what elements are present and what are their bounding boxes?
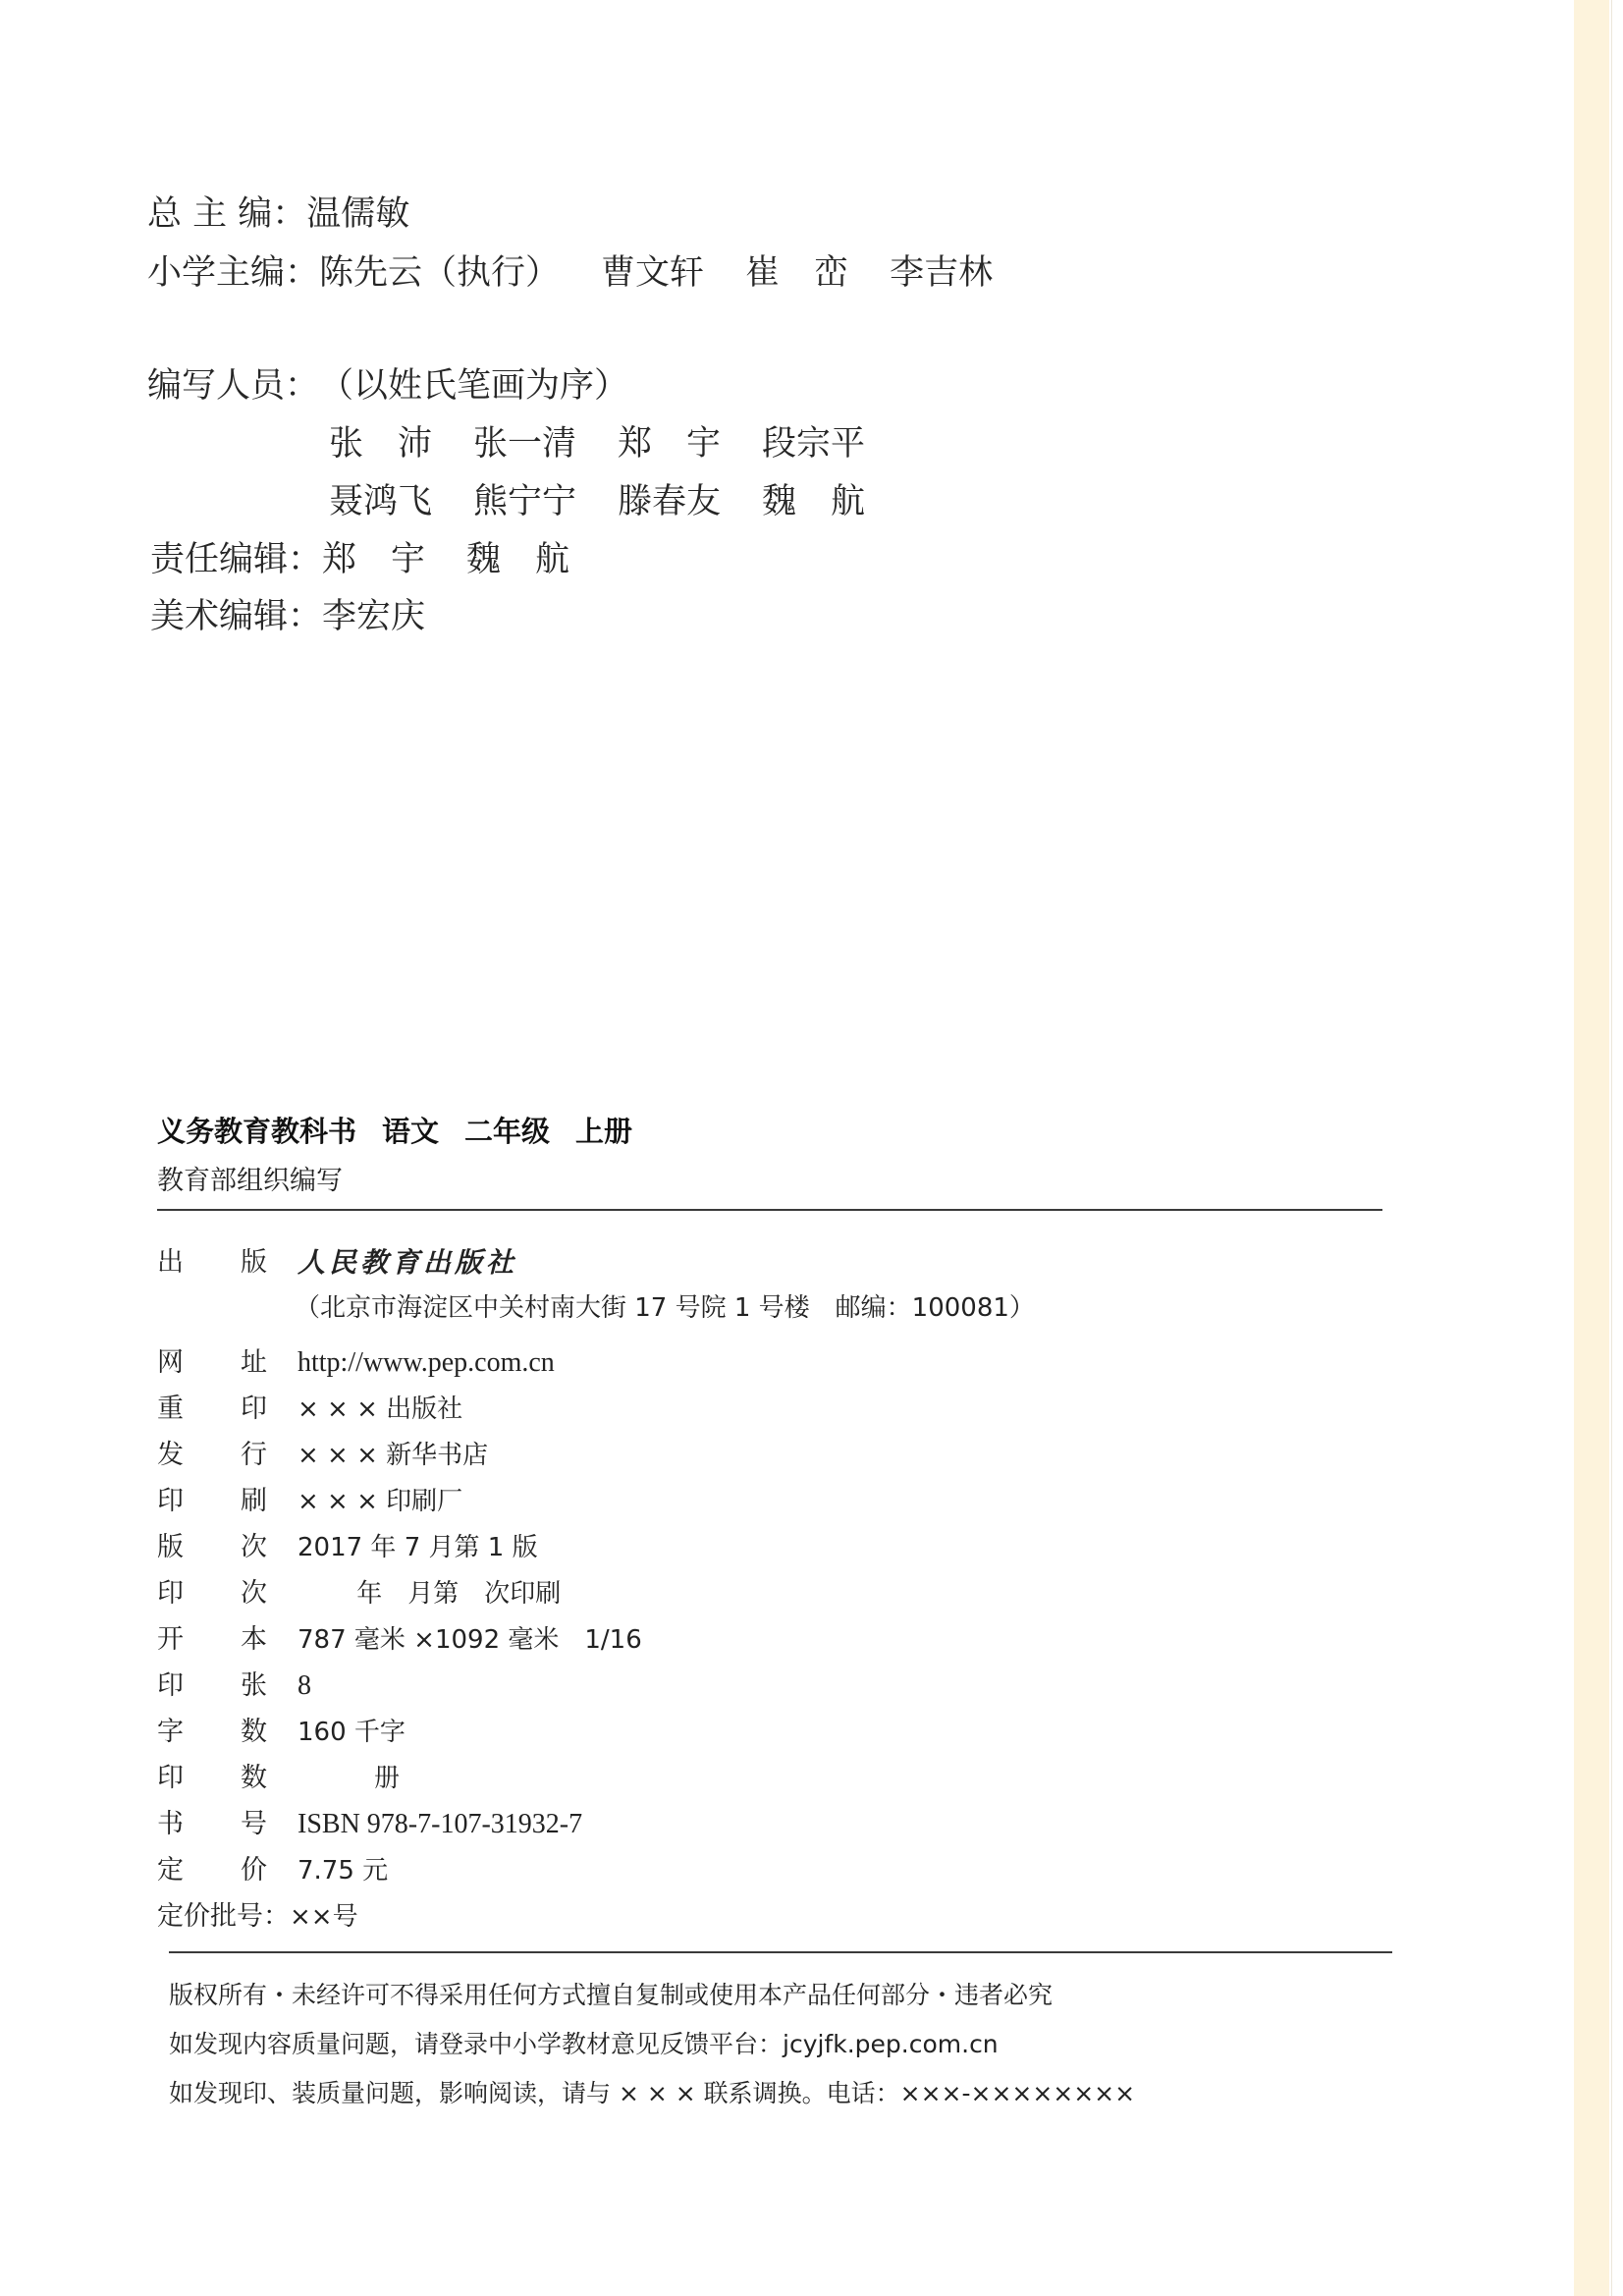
imprint-key: 价 (241, 1853, 267, 1888)
imprint-key: 刷 (241, 1484, 267, 1519)
art-editor-name: 李宏庆 (322, 597, 425, 636)
responsible-editor-row: 责任编辑：郑 宇魏 航 (150, 532, 569, 581)
imprint-value: × × × 出版社 (298, 1392, 462, 1427)
publisher-address: （北京市海淀区中关村南大街 17 号院 1 号楼 邮编：100081） (295, 1290, 1035, 1326)
imprint-key: 开 (157, 1622, 184, 1658)
price-value: 7.75 元 (298, 1853, 388, 1888)
imprint-value: 787 毫米 ×1092 毫米 1/16 (298, 1622, 642, 1658)
imprint-key: 定 (157, 1853, 184, 1888)
website-link[interactable]: http://www.pep.com.cn (298, 1345, 555, 1381)
imprint-key: 次 (241, 1576, 267, 1612)
subject: 语文 (382, 1115, 439, 1148)
imprint-value: 册 (298, 1761, 400, 1796)
responsible-editor-name: 郑 宇 (322, 540, 425, 579)
imprint-key: 发 (157, 1438, 184, 1473)
page-edge-strip (1574, 0, 1609, 2296)
writers-row: 编写人员：（以姓氏笔画为序） (147, 358, 628, 408)
imprint-key: 数 (241, 1761, 267, 1796)
imprint-value: × × × 新华书店 (298, 1438, 488, 1473)
writer-name: 魏 航 (762, 482, 865, 521)
copyright-notice: 版权所有・未经许可不得采用任何方式擅自复制或使用本产品任何部分・违者必究 (169, 1976, 1053, 2011)
primary-editor-name: 曹文轩 (601, 253, 704, 293)
content-feedback-notice: 如发现内容质量问题，请登录中小学教材意见反馈平台：jcyjfk.pep.com.… (169, 2025, 999, 2060)
publisher-logo: 人民教育出版社 (298, 1245, 517, 1281)
responsible-editor-name: 魏 航 (466, 540, 569, 579)
series-title: 义务教育教科书 (157, 1115, 356, 1148)
volume: 上册 (575, 1115, 632, 1148)
divider-top (157, 1209, 1382, 1211)
art-editor-row: 美术编辑：李宏庆 (150, 589, 425, 638)
imprint-key: 次 (241, 1530, 267, 1565)
primary-editor-name: 陈先云（执行） (319, 253, 560, 293)
imprint-value: 160 千字 (298, 1715, 406, 1750)
chief-editor-name: 温儒敏 (306, 194, 409, 234)
imprint-key: 印 (157, 1668, 184, 1704)
writer-name: 聂鸿飞 (329, 482, 432, 521)
imprint-value: ××号 (290, 1899, 358, 1935)
imprint-key: 印 (241, 1392, 267, 1427)
primary-editor-name: 崔 峦 (745, 253, 848, 293)
writers-note: （以姓氏笔画为序） (319, 366, 628, 406)
writers-label: 编写人员： (147, 358, 319, 408)
imprint-key: 印 (157, 1484, 184, 1519)
compiled-by: 教育部组织编写 (157, 1159, 343, 1197)
imprint-key: 书 (157, 1807, 184, 1842)
imprint-key: 印 (157, 1761, 184, 1796)
writer-name: 熊宁宁 (473, 482, 576, 521)
primary-editor-name: 李吉林 (890, 253, 993, 293)
writer-name: 滕春友 (618, 482, 721, 521)
book-title: 义务教育教科书语文二年级上册 (157, 1110, 658, 1150)
primary-editor-row: 小学主编：陈先云（执行）曹文轩崔 峦李吉林 (147, 246, 993, 295)
imprint-key: 网 (157, 1345, 184, 1381)
imprint-key: 印 (157, 1576, 184, 1612)
print-quality-notice: 如发现印、装质量问题，影响阅读，请与 × × × 联系调换。电话：×××-×××… (169, 2074, 1135, 2109)
writers-names-row-2: 聂鸿飞熊宁宁滕春友魏 航 (329, 474, 865, 523)
writer-name: 郑 宇 (618, 424, 721, 464)
divider-bottom (169, 1951, 1392, 1953)
grade: 二年级 (464, 1115, 550, 1148)
imprint-key: 址 (241, 1345, 267, 1381)
imprint-key: 版 (241, 1245, 267, 1281)
imprint-key: 行 (241, 1438, 267, 1473)
imprint-value: × × × 印刷厂 (298, 1484, 462, 1519)
chief-editor-label: 总 主 编： (147, 187, 306, 236)
responsible-editor-label: 责任编辑： (150, 532, 322, 581)
imprint-key: 定价批号： (157, 1899, 290, 1935)
imprint-key: 字 (157, 1715, 184, 1750)
imprint-key: 出 (157, 1245, 184, 1281)
writer-name: 段宗平 (762, 424, 865, 464)
imprint-key: 重 (157, 1392, 184, 1427)
writer-name: 张一清 (473, 424, 576, 464)
imprint-key: 版 (157, 1530, 184, 1565)
isbn-value: ISBN 978-7-107-31932-7 (298, 1807, 582, 1842)
writer-name: 张 沛 (329, 424, 432, 464)
primary-editor-label: 小学主编： (147, 246, 319, 295)
imprint-value: 8 (298, 1668, 311, 1704)
imprint-key: 号 (241, 1807, 267, 1842)
writers-names-row-1: 张 沛张一清郑 宇段宗平 (329, 416, 865, 465)
imprint-key: 张 (241, 1668, 267, 1704)
art-editor-label: 美术编辑： (150, 589, 322, 638)
imprint-key: 本 (241, 1622, 267, 1658)
chief-editor-row: 总 主 编：温儒敏 (147, 187, 409, 236)
imprint-key: 数 (241, 1715, 267, 1750)
page-edge-line (1611, 0, 1612, 2296)
imprint-value: 2017 年 7 月第 1 版 (298, 1530, 538, 1565)
imprint-value: 年 月第 次印刷 (298, 1576, 561, 1612)
